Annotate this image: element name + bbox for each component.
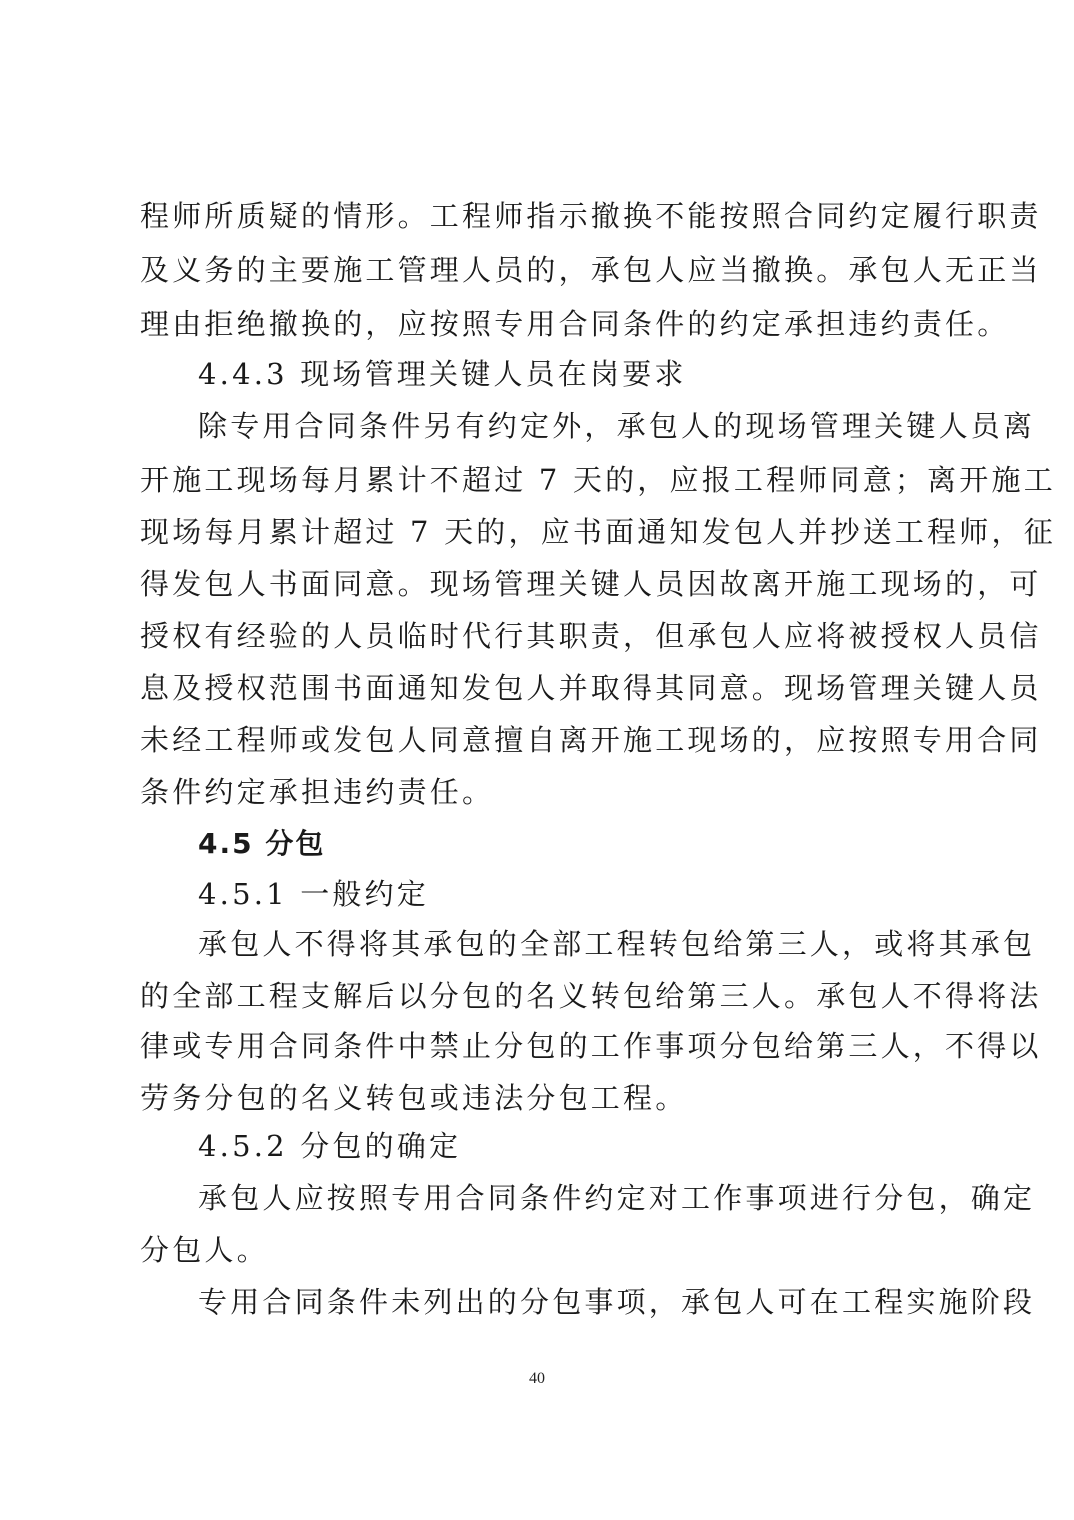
paragraph-line: 条件约定承担违约责任。 (140, 774, 940, 810)
paragraph-line: 现场每月累计超过 7 天的，应书面通知发包人并抄送工程师，征 (140, 514, 940, 550)
paragraph-line: 授权有经验的人员临时代行其职责，但承包人应将被授权人员信 (140, 618, 940, 654)
paragraph-line: 息及授权范围书面通知发包人并取得其同意。现场管理关键人员 (140, 670, 940, 706)
paragraph-line: 劳务分包的名义转包或违法分包工程。 (140, 1080, 940, 1116)
page-number: 40 (0, 1370, 1074, 1388)
paragraph-line: 律或专用合同条件中禁止分包的工作事项分包给第三人，不得以 (140, 1028, 940, 1064)
paragraph-line: 专用合同条件未列出的分包事项，承包人可在工程实施阶段 (198, 1284, 940, 1320)
paragraph-line: 承包人应按照专用合同条件约定对工作事项进行分包，确定 (198, 1180, 940, 1216)
paragraph-line: 除专用合同条件另有约定外，承包人的现场管理关键人员离 (198, 408, 940, 444)
paragraph-line: 未经工程师或发包人同意擅自离开施工现场的，应按照专用合同 (140, 722, 940, 758)
subsection-heading-4-5-1: 4.5.1 一般约定 (198, 876, 940, 912)
paragraph-line: 理由拒绝撤换的，应按照专用合同条件的约定承担违约责任。 (140, 306, 940, 342)
paragraph-line: 程师所质疑的情形。工程师指示撤换不能按照合同约定履行职责 (140, 198, 940, 234)
paragraph-line: 得发包人书面同意。现场管理关键人员因故离开施工现场的，可 (140, 566, 940, 602)
paragraph-line: 分包人。 (140, 1232, 940, 1268)
paragraph-line: 及义务的主要施工管理人员的，承包人应当撤换。承包人无正当 (140, 252, 940, 288)
section-heading-4-5: 4.5 分包 (198, 826, 940, 862)
subsection-heading-4-4-3: 4.4.3 现场管理关键人员在岗要求 (198, 356, 940, 392)
document-page: 程师所质疑的情形。工程师指示撤换不能按照合同约定履行职责 及义务的主要施工管理人… (0, 0, 1074, 1520)
paragraph-line: 开施工现场每月累计不超过 7 天的，应报工程师同意；离开施工 (140, 462, 940, 498)
paragraph-line: 承包人不得将其承包的全部工程转包给第三人，或将其承包 (198, 926, 940, 962)
paragraph-line: 的全部工程支解后以分包的名义转包给第三人。承包人不得将法 (140, 978, 940, 1014)
subsection-heading-4-5-2: 4.5.2 分包的确定 (198, 1128, 940, 1164)
